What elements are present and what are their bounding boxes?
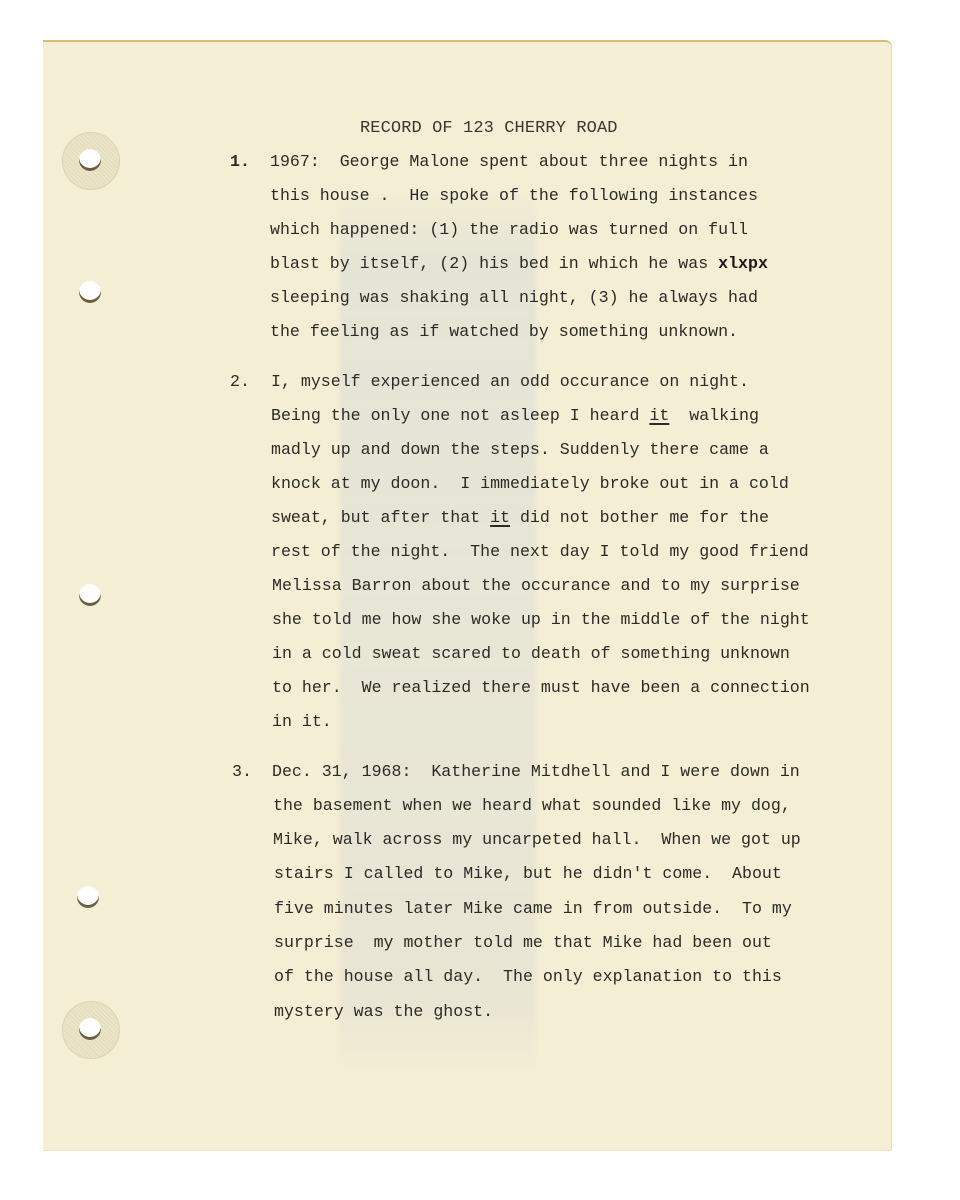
- binder-hole: [79, 281, 101, 303]
- entry-line: madly up and down the steps. Suddenly th…: [271, 440, 769, 459]
- binder-hole: [79, 584, 101, 606]
- entry-line: surprise my mother told me that Mike had…: [274, 933, 772, 952]
- entry-line: sweat, but after that it did not bother …: [271, 508, 769, 527]
- line-text: sweat, but after that: [271, 508, 490, 527]
- document-title: RECORD OF 123 CHERRY ROAD: [360, 119, 618, 138]
- entry-line: she told me how she woke up in the middl…: [272, 610, 810, 629]
- entry-number: 1.: [230, 152, 250, 171]
- entry-line: this house . He spoke of the following i…: [270, 186, 758, 205]
- entry-line: the basement when we heard what sounded …: [273, 796, 791, 815]
- binder-hole: [77, 886, 99, 908]
- entry-number: 2.: [230, 372, 250, 391]
- entry-line: in it.: [272, 712, 332, 731]
- entry-line: I, myself experienced an odd occurance o…: [271, 372, 749, 391]
- entry-line: the feeling as if watched by something u…: [270, 322, 738, 341]
- binder-hole: [79, 1018, 101, 1040]
- line-text: blast by itself, (2) his bed in which he…: [270, 254, 718, 273]
- entry-line: which happened: (1) the radio was turned…: [270, 220, 748, 239]
- entry-line: knock at my doon. I immediately broke ou…: [271, 474, 789, 493]
- underlined-word: it: [490, 508, 510, 527]
- typed-strikeout: xlxpx: [718, 254, 768, 273]
- entry-line: of the house all day. The only explanati…: [274, 967, 782, 986]
- entry-line: 1967: George Malone spent about three ni…: [270, 152, 748, 171]
- entry-line: rest of the night. The next day I told m…: [271, 542, 809, 561]
- entry-line: Being the only one not asleep I heard it…: [271, 406, 759, 425]
- line-text: Being the only one not asleep I heard: [271, 406, 649, 425]
- line-text: walking: [669, 406, 759, 425]
- entry-line: in a cold sweat scared to death of somet…: [272, 644, 790, 663]
- entry-line: sleeping was shaking all night, (3) he a…: [270, 288, 758, 307]
- entry-line: Mike, walk across my uncarpeted hall. Wh…: [273, 830, 801, 849]
- line-text: did not bother me for the: [510, 508, 769, 527]
- entry-number: 3.: [232, 762, 252, 781]
- entry-line: five minutes later Mike came in from out…: [274, 899, 792, 918]
- typewritten-page: RECORD OF 123 CHERRY ROAD 1. 1967: Georg…: [43, 40, 891, 1150]
- entry-line: Melissa Barron about the occurance and t…: [272, 576, 800, 595]
- underlined-word: it: [649, 406, 669, 425]
- entry-line: Dec. 31, 1968: Katherine Mitdhell and I …: [272, 762, 800, 781]
- entry-line: stairs I called to Mike, but he didn't c…: [274, 864, 782, 883]
- binder-hole: [79, 149, 101, 171]
- entry-line: blast by itself, (2) his bed in which he…: [270, 254, 768, 273]
- entry-line: to her. We realized there must have been…: [272, 678, 810, 697]
- entry-line: mystery was the ghost.: [274, 1002, 493, 1021]
